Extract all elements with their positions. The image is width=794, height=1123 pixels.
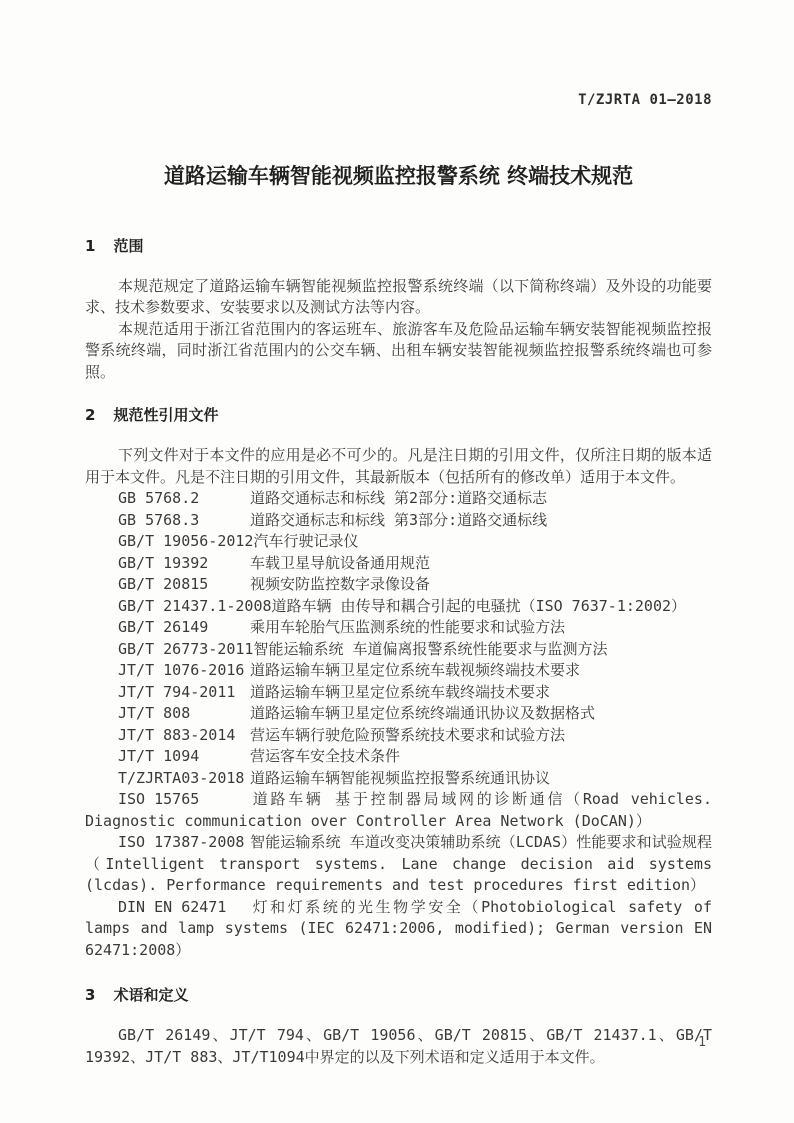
paragraph: 本规范规定了道路运输车辆智能视频监控报警系统终端（以下简称终端）及外设的功能要求… bbox=[85, 276, 712, 319]
reference-code: JT/T 1094 bbox=[118, 746, 250, 768]
reference-code: JT/T 808 bbox=[118, 703, 250, 725]
document-title: 道路运输车辆智能视频监控报警系统 终端技术规范 bbox=[85, 162, 712, 190]
section-number: 2 bbox=[85, 406, 95, 424]
reference-title: 智能运输系统 车道偏离报警系统性能要求与监测方法 bbox=[253, 639, 712, 661]
reference-row: ISO 15765道路车辆 基于控制器局域网的诊断通信（Road vehicle… bbox=[85, 789, 712, 832]
reference-title: 营运车辆行驶危险预警系统技术要求和试验方法 bbox=[250, 725, 712, 747]
reference-code: GB/T 26773-2011 bbox=[118, 639, 253, 661]
reference-code: GB 5768.3 bbox=[118, 510, 250, 532]
reference-row: GB 5768.2道路交通标志和标线 第2部分:道路交通标志 bbox=[85, 488, 712, 510]
reference-title: 汽车行驶记录仪 bbox=[253, 531, 712, 553]
section-number: 3 bbox=[85, 986, 95, 1004]
reference-row: JT/T 808道路运输车辆卫星定位系统终端通讯协议及数据格式 bbox=[85, 703, 712, 725]
paragraph: 本规范适用于浙江省范围内的客运班车、旅游客车及危险品运输车辆安装智能视频监控报警… bbox=[85, 319, 712, 384]
reference-title: 道路运输车辆卫星定位系统车载视频终端技术要求 bbox=[250, 660, 712, 682]
reference-row: DIN EN 62471灯和灯系统的光生物学安全（Photobiological… bbox=[85, 897, 712, 962]
reference-row: GB/T 26773-2011智能运输系统 车道偏离报警系统性能要求与监测方法 bbox=[85, 639, 712, 661]
reference-title: 道路交通标志和标线 第2部分:道路交通标志 bbox=[250, 488, 712, 510]
reference-code: GB/T 21437.1-2008 bbox=[118, 596, 272, 618]
reference-title: 道路运输车辆智能视频监控报警系统通讯协议 bbox=[250, 768, 712, 790]
reference-title: 营运客车安全技术条件 bbox=[250, 746, 712, 768]
standard-code: T/ZJRTA 01—2018 bbox=[578, 92, 712, 108]
reference-code: T/ZJRTA03-2018 bbox=[118, 768, 250, 790]
reference-title: 道路运输车辆卫星定位系统车载终端技术要求 bbox=[250, 682, 712, 704]
reference-code: ISO 15765 bbox=[118, 789, 250, 811]
paragraph: 下列文件对于本文件的应用是必不可少的。凡是注日期的引用文件，仅所注日期的版本适用… bbox=[85, 445, 712, 488]
reference-row: GB/T 19392车载卫星导航设备通用规范 bbox=[85, 553, 712, 575]
reference-code: GB/T 20815 bbox=[118, 574, 250, 596]
section-title: 规范性引用文件 bbox=[113, 406, 218, 424]
reference-code: JT/T 794-2011 bbox=[118, 682, 250, 704]
reference-code: JT/T 883-2014 bbox=[118, 725, 250, 747]
reference-code: ISO 17387-2008 bbox=[118, 832, 250, 854]
reference-title: 道路运输车辆卫星定位系统终端通讯协议及数据格式 bbox=[250, 703, 712, 725]
reference-row: GB/T 20815视频安防监控数字录像设备 bbox=[85, 574, 712, 596]
reference-row: GB/T 26149乘用车轮胎气压监测系统的性能要求和试验方法 bbox=[85, 617, 712, 639]
reference-code: GB/T 19056-2012 bbox=[118, 531, 253, 553]
section-title: 范围 bbox=[113, 237, 143, 255]
section-heading-normative-references: 2规范性引用文件 bbox=[85, 405, 712, 425]
reference-row: GB/T 21437.1-2008道路车辆 由传导和耦合引起的电骚扰（ISO 7… bbox=[85, 596, 712, 618]
reference-title: 道路车辆 由传导和耦合引起的电骚扰（ISO 7637-1:2002） bbox=[272, 596, 712, 618]
reference-code: DIN EN 62471 bbox=[118, 897, 250, 919]
reference-code: GB/T 19392 bbox=[118, 553, 250, 575]
page-number: 1 bbox=[698, 1032, 706, 1054]
reference-row: GB/T 19056-2012汽车行驶记录仪 bbox=[85, 531, 712, 553]
reference-code: GB/T 26149 bbox=[118, 617, 250, 639]
reference-code: JT/T 1076-2016 bbox=[118, 660, 250, 682]
reference-row: JT/T 794-2011道路运输车辆卫星定位系统车载终端技术要求 bbox=[85, 682, 712, 704]
paragraph: GB/T 26149、JT/T 794、GB/T 19056、GB/T 2081… bbox=[85, 1025, 712, 1068]
section-heading-terms: 3术语和定义 bbox=[85, 985, 712, 1005]
reference-row: ISO 17387-2008智能运输系统 车道改变决策辅助系统（LCDAS）性能… bbox=[85, 832, 712, 897]
reference-row: JT/T 1076-2016道路运输车辆卫星定位系统车载视频终端技术要求 bbox=[85, 660, 712, 682]
reference-title: 车载卫星导航设备通用规范 bbox=[250, 553, 712, 575]
page-header: T/ZJRTA 01—2018 bbox=[85, 90, 712, 112]
section-number: 1 bbox=[85, 237, 95, 255]
reference-title: 视频安防监控数字录像设备 bbox=[250, 574, 712, 596]
reference-code: GB 5768.2 bbox=[118, 488, 250, 510]
reference-row: GB 5768.3道路交通标志和标线 第3部分:道路交通标线 bbox=[85, 510, 712, 532]
reference-row: T/ZJRTA03-2018道路运输车辆智能视频监控报警系统通讯协议 bbox=[85, 768, 712, 790]
references-list: GB 5768.2道路交通标志和标线 第2部分:道路交通标志 GB 5768.3… bbox=[85, 488, 712, 961]
reference-row: JT/T 883-2014营运车辆行驶危险预警系统技术要求和试验方法 bbox=[85, 725, 712, 747]
section-heading-scope: 1范围 bbox=[85, 236, 712, 256]
document-page: T/ZJRTA 01—2018 道路运输车辆智能视频监控报警系统 终端技术规范 … bbox=[0, 0, 794, 1123]
section-title: 术语和定义 bbox=[113, 986, 188, 1004]
reference-title: 道路交通标志和标线 第3部分:道路交通标线 bbox=[250, 510, 712, 532]
reference-row: JT/T 1094营运客车安全技术条件 bbox=[85, 746, 712, 768]
reference-title: 乘用车轮胎气压监测系统的性能要求和试验方法 bbox=[250, 617, 712, 639]
